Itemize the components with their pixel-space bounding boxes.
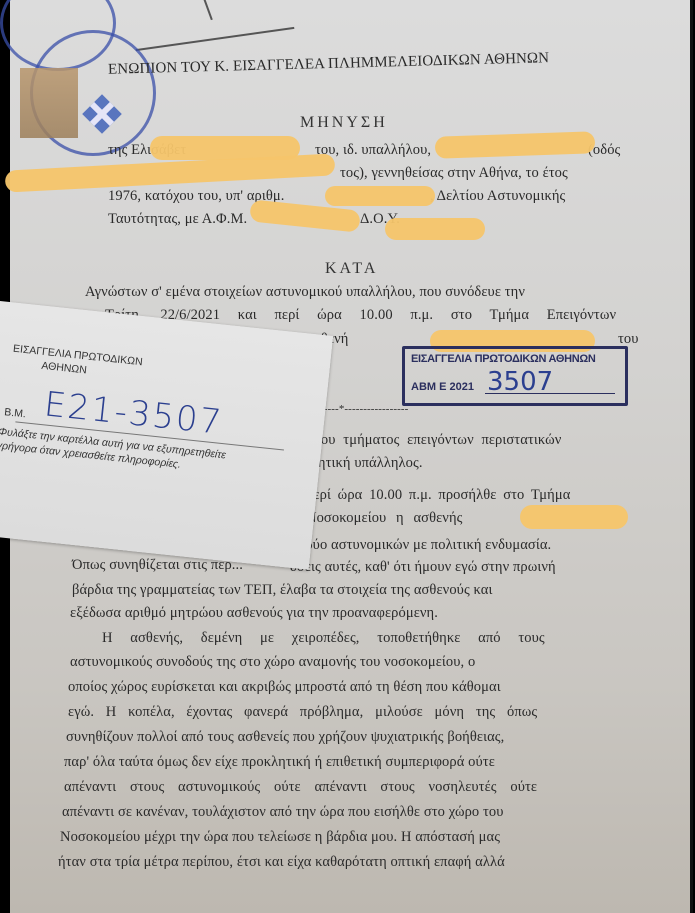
intro-line: του, ιδ. υπαλλήλου, — [315, 142, 431, 159]
body-line: ήταν στα τρία μέτρα περίπου, έτσι και εί… — [58, 854, 505, 871]
registry-stamp-underline — [485, 393, 615, 394]
body-line: παρ' όλα ταύτα όμως δεν είχε προκλητική … — [64, 754, 495, 771]
body-line: συνηθίζουν πολλοί από τους ασθενείς που … — [66, 729, 504, 746]
against-line: Αγνώστων σ' εμένα στοιχείων αστυνομικού … — [85, 284, 525, 301]
body-line: εγώ. Η κοπέλα, έχοντας φανερά πρόβλημα, … — [68, 704, 537, 721]
document-title: ΜΗΝΥΣΗ — [300, 114, 388, 132]
card-number-label: Β.Μ. — [4, 406, 27, 420]
intro-line: τος), γεννηθείσας στην Αθήνα, το έτος — [340, 165, 568, 182]
redaction-mark — [385, 218, 485, 240]
body-line: Νοσοκομείου μέχρι την ώρα που τελείωσε η… — [60, 829, 500, 846]
body-line: Η ασθενής, δεμένη με χειροπέδες, τοποθετ… — [102, 630, 545, 647]
redaction-mark — [435, 131, 596, 159]
registry-stamp-code: ΑΒΜ Ε 2021 — [411, 381, 474, 393]
body-line: σητική υπάλληλος. — [310, 455, 423, 472]
redaction-mark — [325, 186, 435, 206]
body-line: αστυνομικούς συνοδούς της στο χώρο αναμο… — [70, 654, 475, 671]
registry-stamp: ΕΙΣΑΓΓΕΛΙΑ ΠΡΩΤΟΔΙΚΩΝ ΑΘΗΝΩΝ ΑΒΜ Ε 2021 … — [402, 346, 628, 406]
card-office-line2: ΑΘΗΝΩΝ — [41, 360, 88, 377]
body-line: περί ώρα 10.00 π.μ. προσήλθε στο Τμήμα — [306, 487, 570, 504]
body-line: του τμήματος επειγόντων περιστατικών — [315, 432, 561, 449]
signature-stroke — [197, 0, 213, 20]
intro-line: , Δελτίου Αστυνομικής — [430, 188, 565, 205]
revenue-stamp — [20, 68, 78, 138]
body-line: οποίος χώρος ευρίσκεται και ακριβώς μπρο… — [68, 679, 501, 696]
separator: -----*----------------- — [320, 403, 408, 415]
body-line: ι δύο αστυνομικών με πολιτική ενδυμασία. — [298, 537, 551, 554]
body-line: βάρδια της γραμματείας των ΤΕΠ, έλαβα τα… — [72, 582, 493, 599]
body-line: εξέδωσα αριθμό μητρώου ασθενούς για την … — [70, 605, 438, 622]
body-line: απέναντι σε κανέναν, τουλάχιστον από την… — [62, 804, 504, 821]
intro-line: Ταυτότητας, με Α.Φ.Μ. — [108, 211, 247, 228]
against-title: ΚΑΤΑ — [325, 260, 378, 278]
document-header: ΕΝΩΠΙΟΝ ΤΟΥ Κ. ΕΙΣΑΓΓΕΛΕΑ ΠΛΗΜΜΕΛΕΙΟΔΙΚΩ… — [108, 50, 550, 79]
body-line: δσεις αυτές, καθ' ότι ήμουν εγώ στην πρω… — [290, 559, 556, 576]
body-line: απέναντι στους αστυνομικούς ούτε απέναντ… — [64, 779, 537, 796]
body-line: Νοσοκομείου η ασθενής — [306, 510, 462, 527]
registry-stamp-office: ΕΙΣΑΓΓΕΛΙΑ ΠΡΩΤΟΔΙΚΩΝ ΑΘΗΝΩΝ — [411, 353, 596, 365]
receipt-card: ΕΙΣΑΓΓΕΛΙΑ ΠΡΩΤΟΔΙΚΩΝ ΑΘΗΝΩΝ Β.Μ. Ε21-35… — [0, 300, 333, 570]
signature-stroke — [136, 27, 295, 51]
redaction-mark — [520, 505, 628, 529]
document-photo: ΕΝΩΠΙΟΝ ΤΟΥ Κ. ΕΙΣΑΓΓΕΛΕΑ ΠΛΗΜΜΕΛΕΙΟΔΙΚΩ… — [10, 0, 693, 913]
